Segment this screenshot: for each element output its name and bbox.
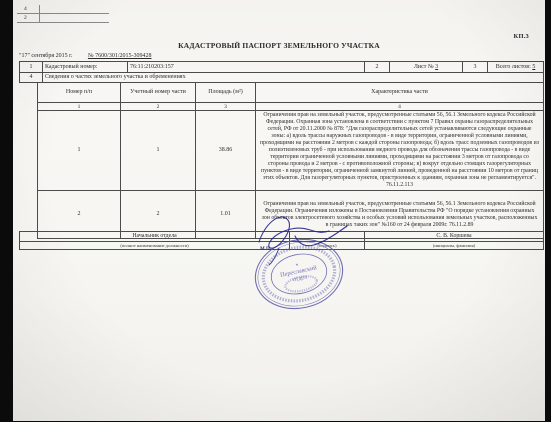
meta-num-1: 1 [20,62,43,73]
fragment-cell: 2 [24,15,27,21]
section-title: Сведения о частях земельного участка и о… [43,73,544,83]
meta-num-2: 2 [365,62,390,73]
row1-part-num: 1 [121,111,196,191]
mp-mark: М.П. [260,247,271,252]
row1-characteristic: Ограничения прав на земельный участок, п… [256,111,544,191]
meta-row: 1 Кадастровый номер: 76:11:210203:157 2 … [20,62,544,73]
total-sheets-label: Всего листов: [496,64,533,70]
header-part-number: Номер п/п [38,83,121,103]
photo-background: 4 2 КП.3 КАДАСТРОВЫЙ ПАСПОРТ ЗЕМЕЛЬНОГО … [0,0,551,422]
column-number-row: 1 2 3 4 [38,103,544,111]
top-table-fragment: 4 2 [17,5,109,23]
column-number-4: 4 [256,103,544,111]
column-number-3: 3 [196,103,256,111]
section-row: 4 Сведения о частях земельного участка и… [20,73,544,83]
total-sheets-value: 5 [532,64,535,70]
header-characteristic: Характеристика части [256,83,544,103]
cadastral-number-label: Кадастровый номер: [43,62,128,73]
sheet-cell: Лист № 3 [390,62,463,73]
header-area: Площадь (м²) [196,83,256,103]
document-paper: 4 2 КП.3 КАДАСТРОВЫЙ ПАСПОРТ ЗЕМЕЛЬНОГО … [13,0,545,421]
fragment-divider [39,5,40,13]
date-value: "17" сентября 2015 г. [19,53,72,59]
document-number: № 7600/301/2015-309428 [88,53,152,59]
signature-ink [249,206,359,266]
meta-num-3: 3 [463,62,488,73]
total-sheets-cell: Всего листов: 5 [488,62,544,73]
document-title: КАДАСТРОВЫЙ ПАСПОРТ ЗЕМЕЛЬНОГО УЧАСТКА [13,41,545,50]
fragment-cell: 4 [24,6,27,12]
row1-num: 1 [38,111,121,191]
name-caption: (инициалы, фамилия) [365,242,544,250]
sheet-label: Лист № [414,64,435,70]
parts-header-row: Номер п/п Учетный номер части Площадь (м… [38,83,544,103]
official-name: С. В. Коршева [365,232,544,242]
cadastral-number-value: 76:11:210203:157 [128,62,365,73]
column-number-2: 2 [121,103,196,111]
section-number: 4 [20,73,43,83]
sheet-value: 3 [435,64,438,70]
fragment-row: 4 [17,5,109,14]
column-number-1: 1 [38,103,121,111]
row1-area: 38.86 [196,111,256,191]
date-line: "17" сентября 2015 г. № 7600/301/2015-30… [19,53,151,59]
fragment-divider [39,14,40,22]
form-code: КП.3 [514,33,529,40]
fragment-row: 2 [17,14,109,23]
header-part-account-number: Учетный номер части [121,83,196,103]
table-row: 1 1 38.86 Ограничения прав на земельный … [38,111,544,191]
